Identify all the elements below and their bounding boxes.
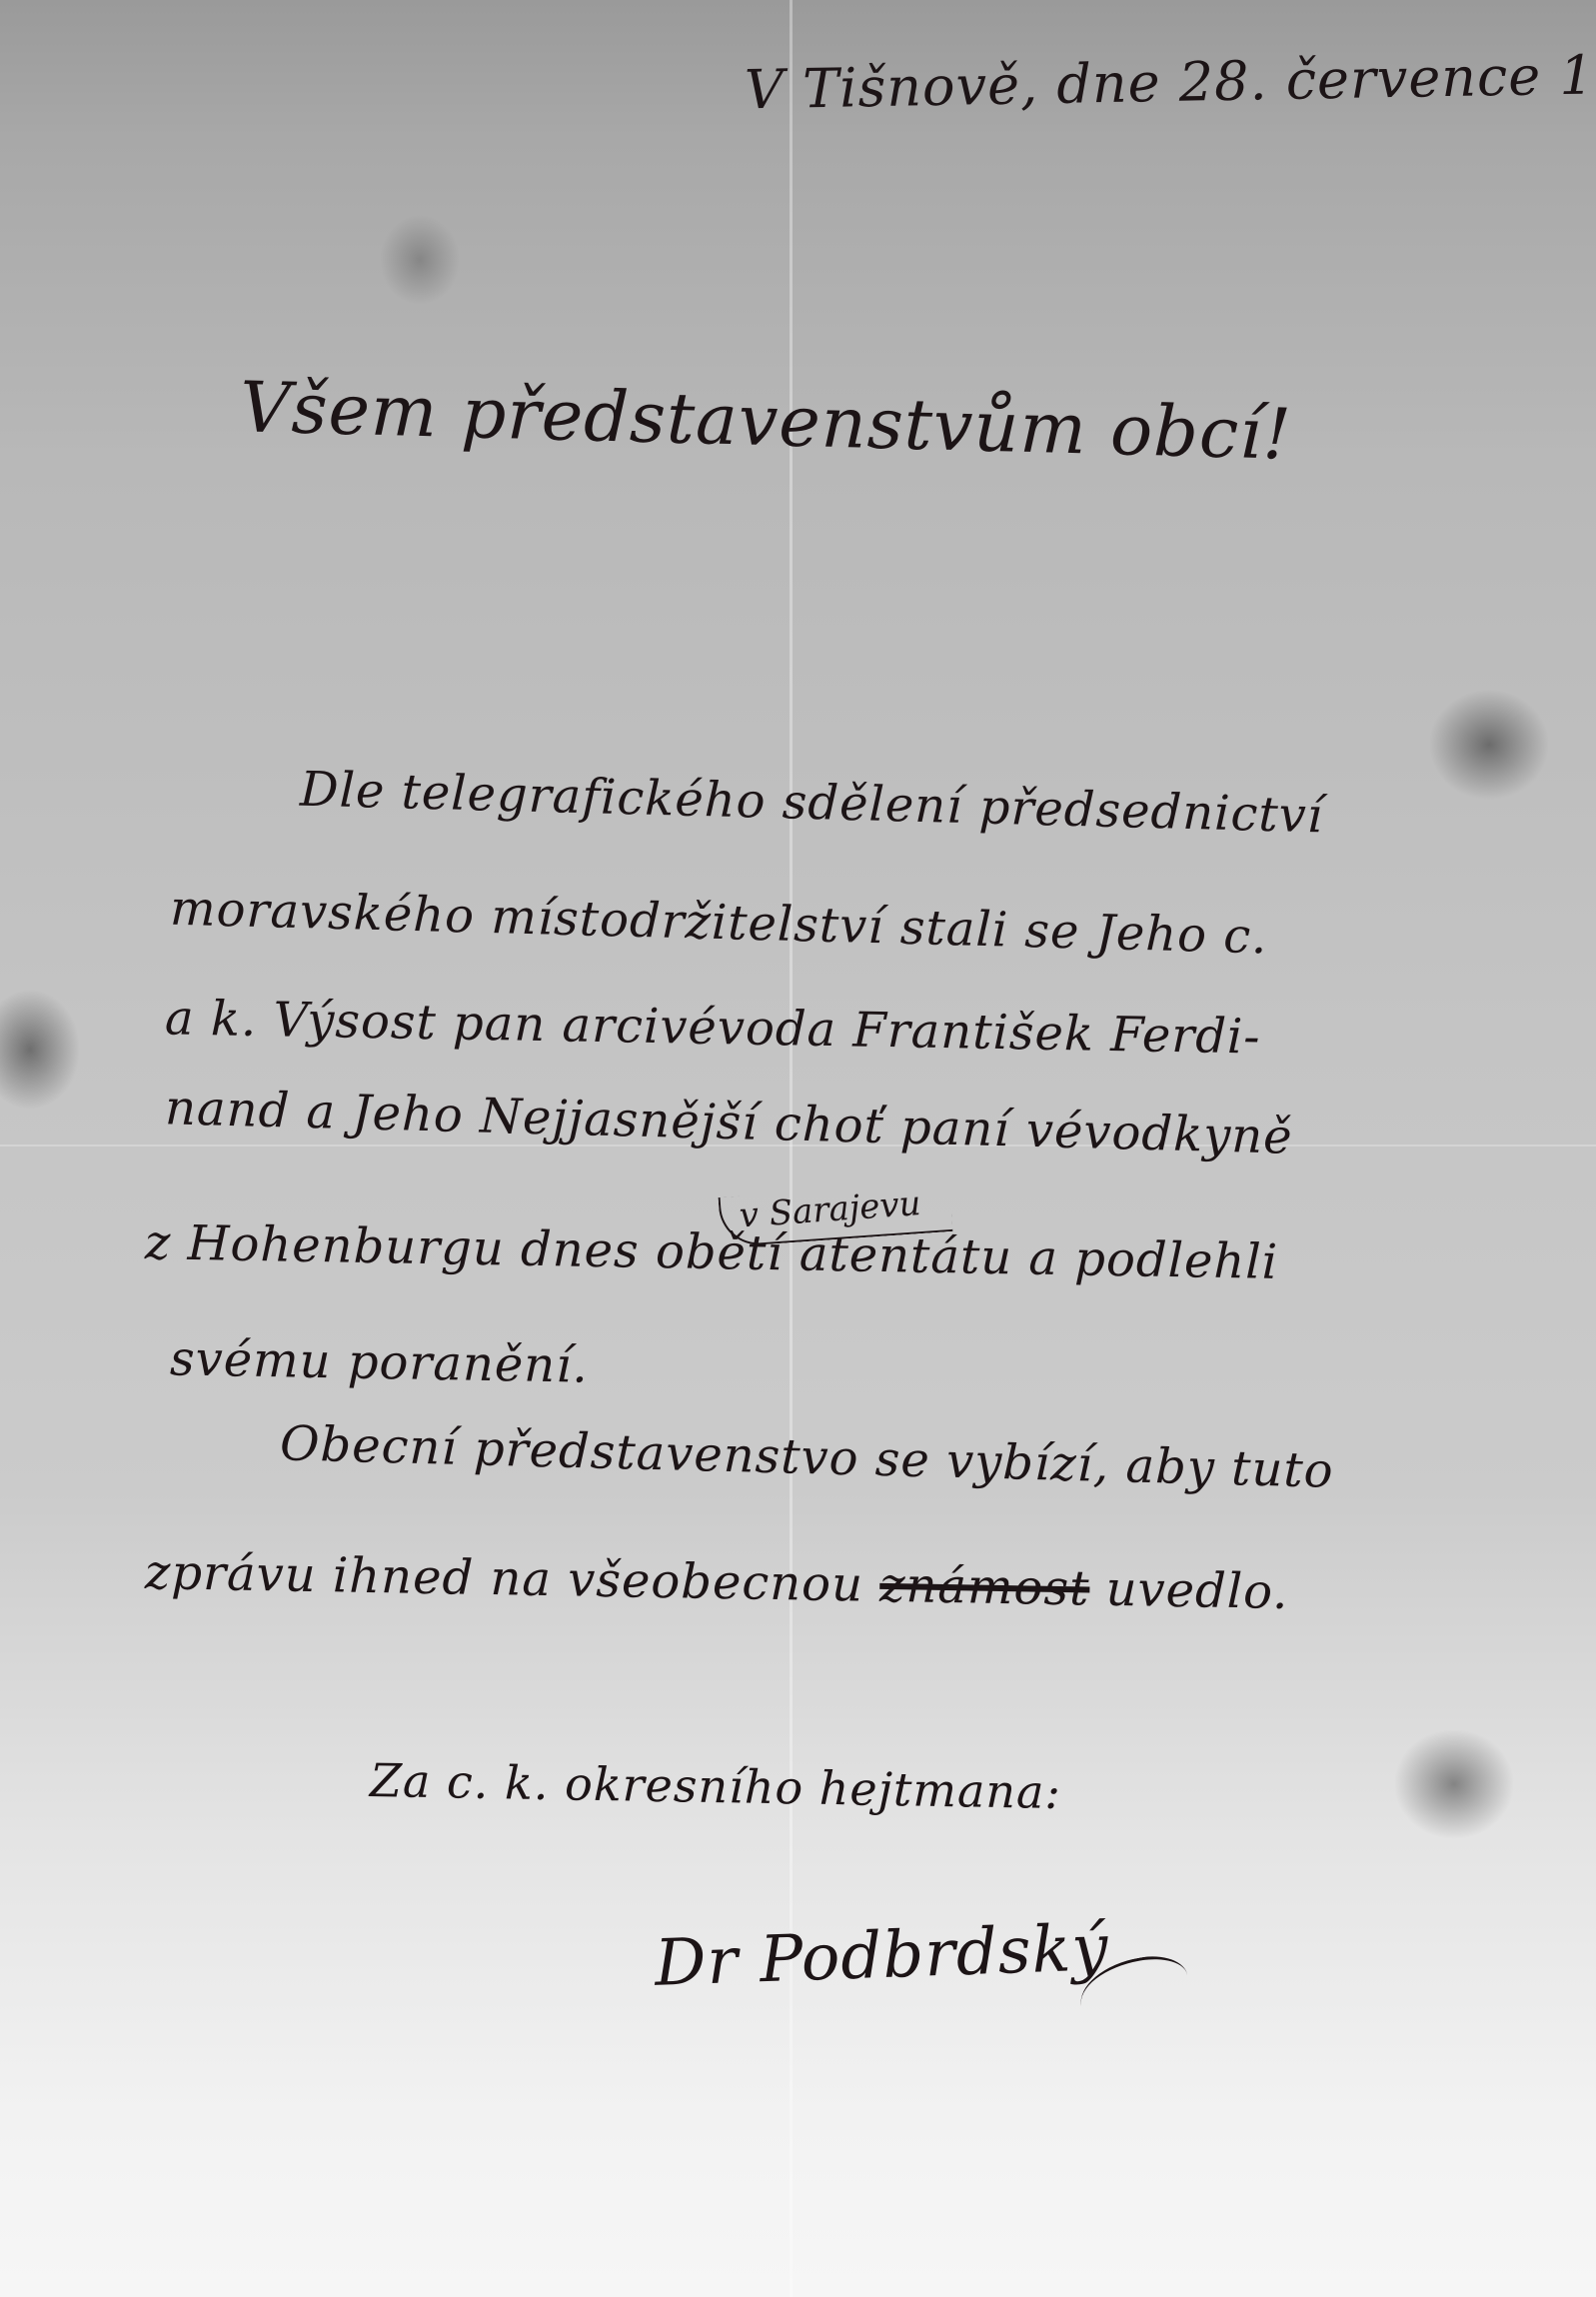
body-line: z Hohenburgu dnes obětí atentátu a podle… bbox=[145, 1214, 1279, 1290]
body-line: a k. Výsost pan arcivévoda František Fer… bbox=[165, 990, 1261, 1065]
body-text: zprávu ihned na všeobecnou bbox=[145, 1544, 864, 1613]
dateline: V Tišnově, dne 28. července 1914 bbox=[745, 42, 1596, 122]
signature: Dr Podbrdský bbox=[654, 1911, 1110, 2001]
body-line: Obecní představenstvo se vybízí, aby tut… bbox=[279, 1415, 1334, 1499]
body-line: Dle telegrafického sdělení předsednictví bbox=[299, 762, 1323, 845]
body-text: uvedlo. bbox=[1105, 1561, 1289, 1620]
body-line: moravského místodržitelství stali se Jeh… bbox=[169, 881, 1268, 966]
body-line: nand a Jeho Nejjasnější choť paní vévodk… bbox=[164, 1080, 1293, 1165]
struck-word: známost bbox=[879, 1557, 1090, 1617]
salutation: Všem představenstvům obcí! bbox=[239, 366, 1293, 476]
closing-line: Za c. k. okresního hejtmana: bbox=[370, 1753, 1062, 1819]
letter-page: V Tišnově, dne 28. července 1914 Všem př… bbox=[0, 0, 1596, 2297]
body-line-with-correction: zprávu ihned na všeobecnou známost uvedl… bbox=[145, 1544, 1289, 1620]
body-line: svému poranění. bbox=[170, 1330, 590, 1393]
